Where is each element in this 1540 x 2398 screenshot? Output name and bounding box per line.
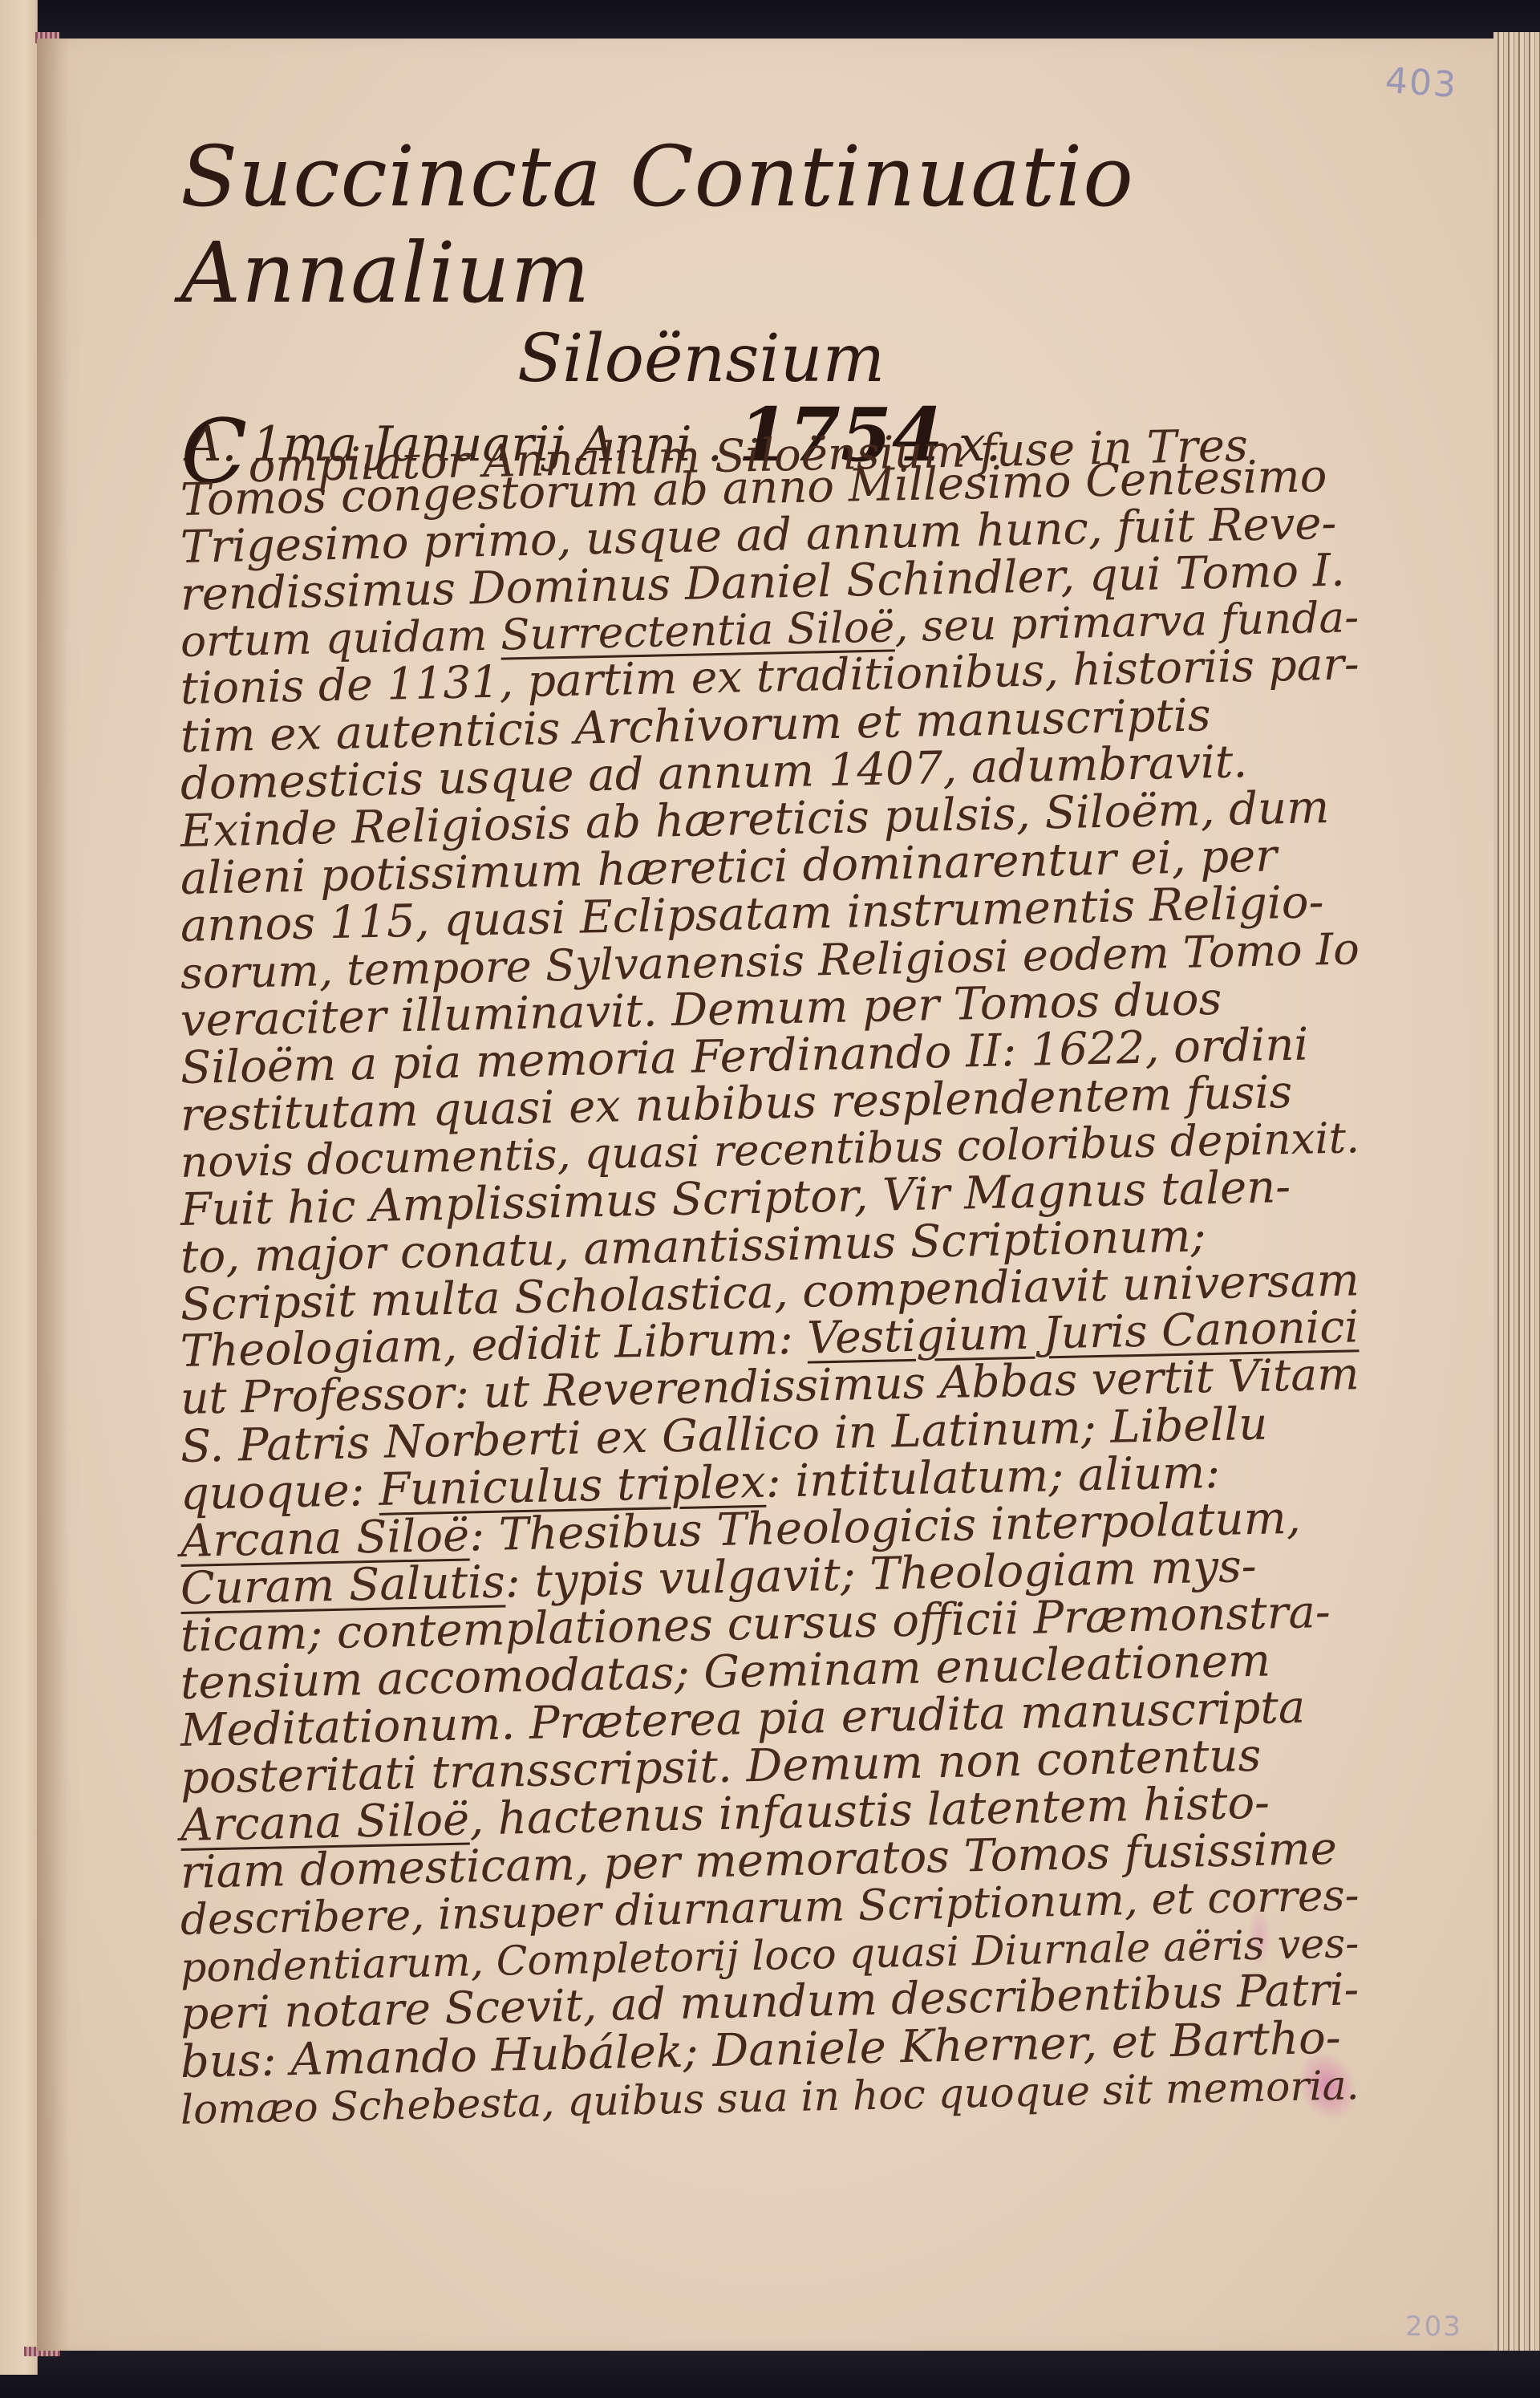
- title-line-1: Succincta Continuatio Annalium: [180, 128, 1384, 321]
- manuscript-scan: 403 203 Succincta Continuatio Annalium S…: [0, 0, 1540, 2398]
- verso-page-edge: [0, 0, 38, 2375]
- body-text: Compilator Annalium Siloënsium fuse in T…: [180, 429, 1360, 2133]
- title-line-2: Siloënsium: [517, 321, 1384, 398]
- folio-number-top: 403: [1384, 60, 1458, 106]
- page-edges-stack: [1493, 32, 1540, 2351]
- book-cover-bottom: [0, 2350, 1540, 2398]
- gutter-shadow: [37, 39, 69, 2351]
- folio-number-bottom: 203: [1405, 2311, 1462, 2343]
